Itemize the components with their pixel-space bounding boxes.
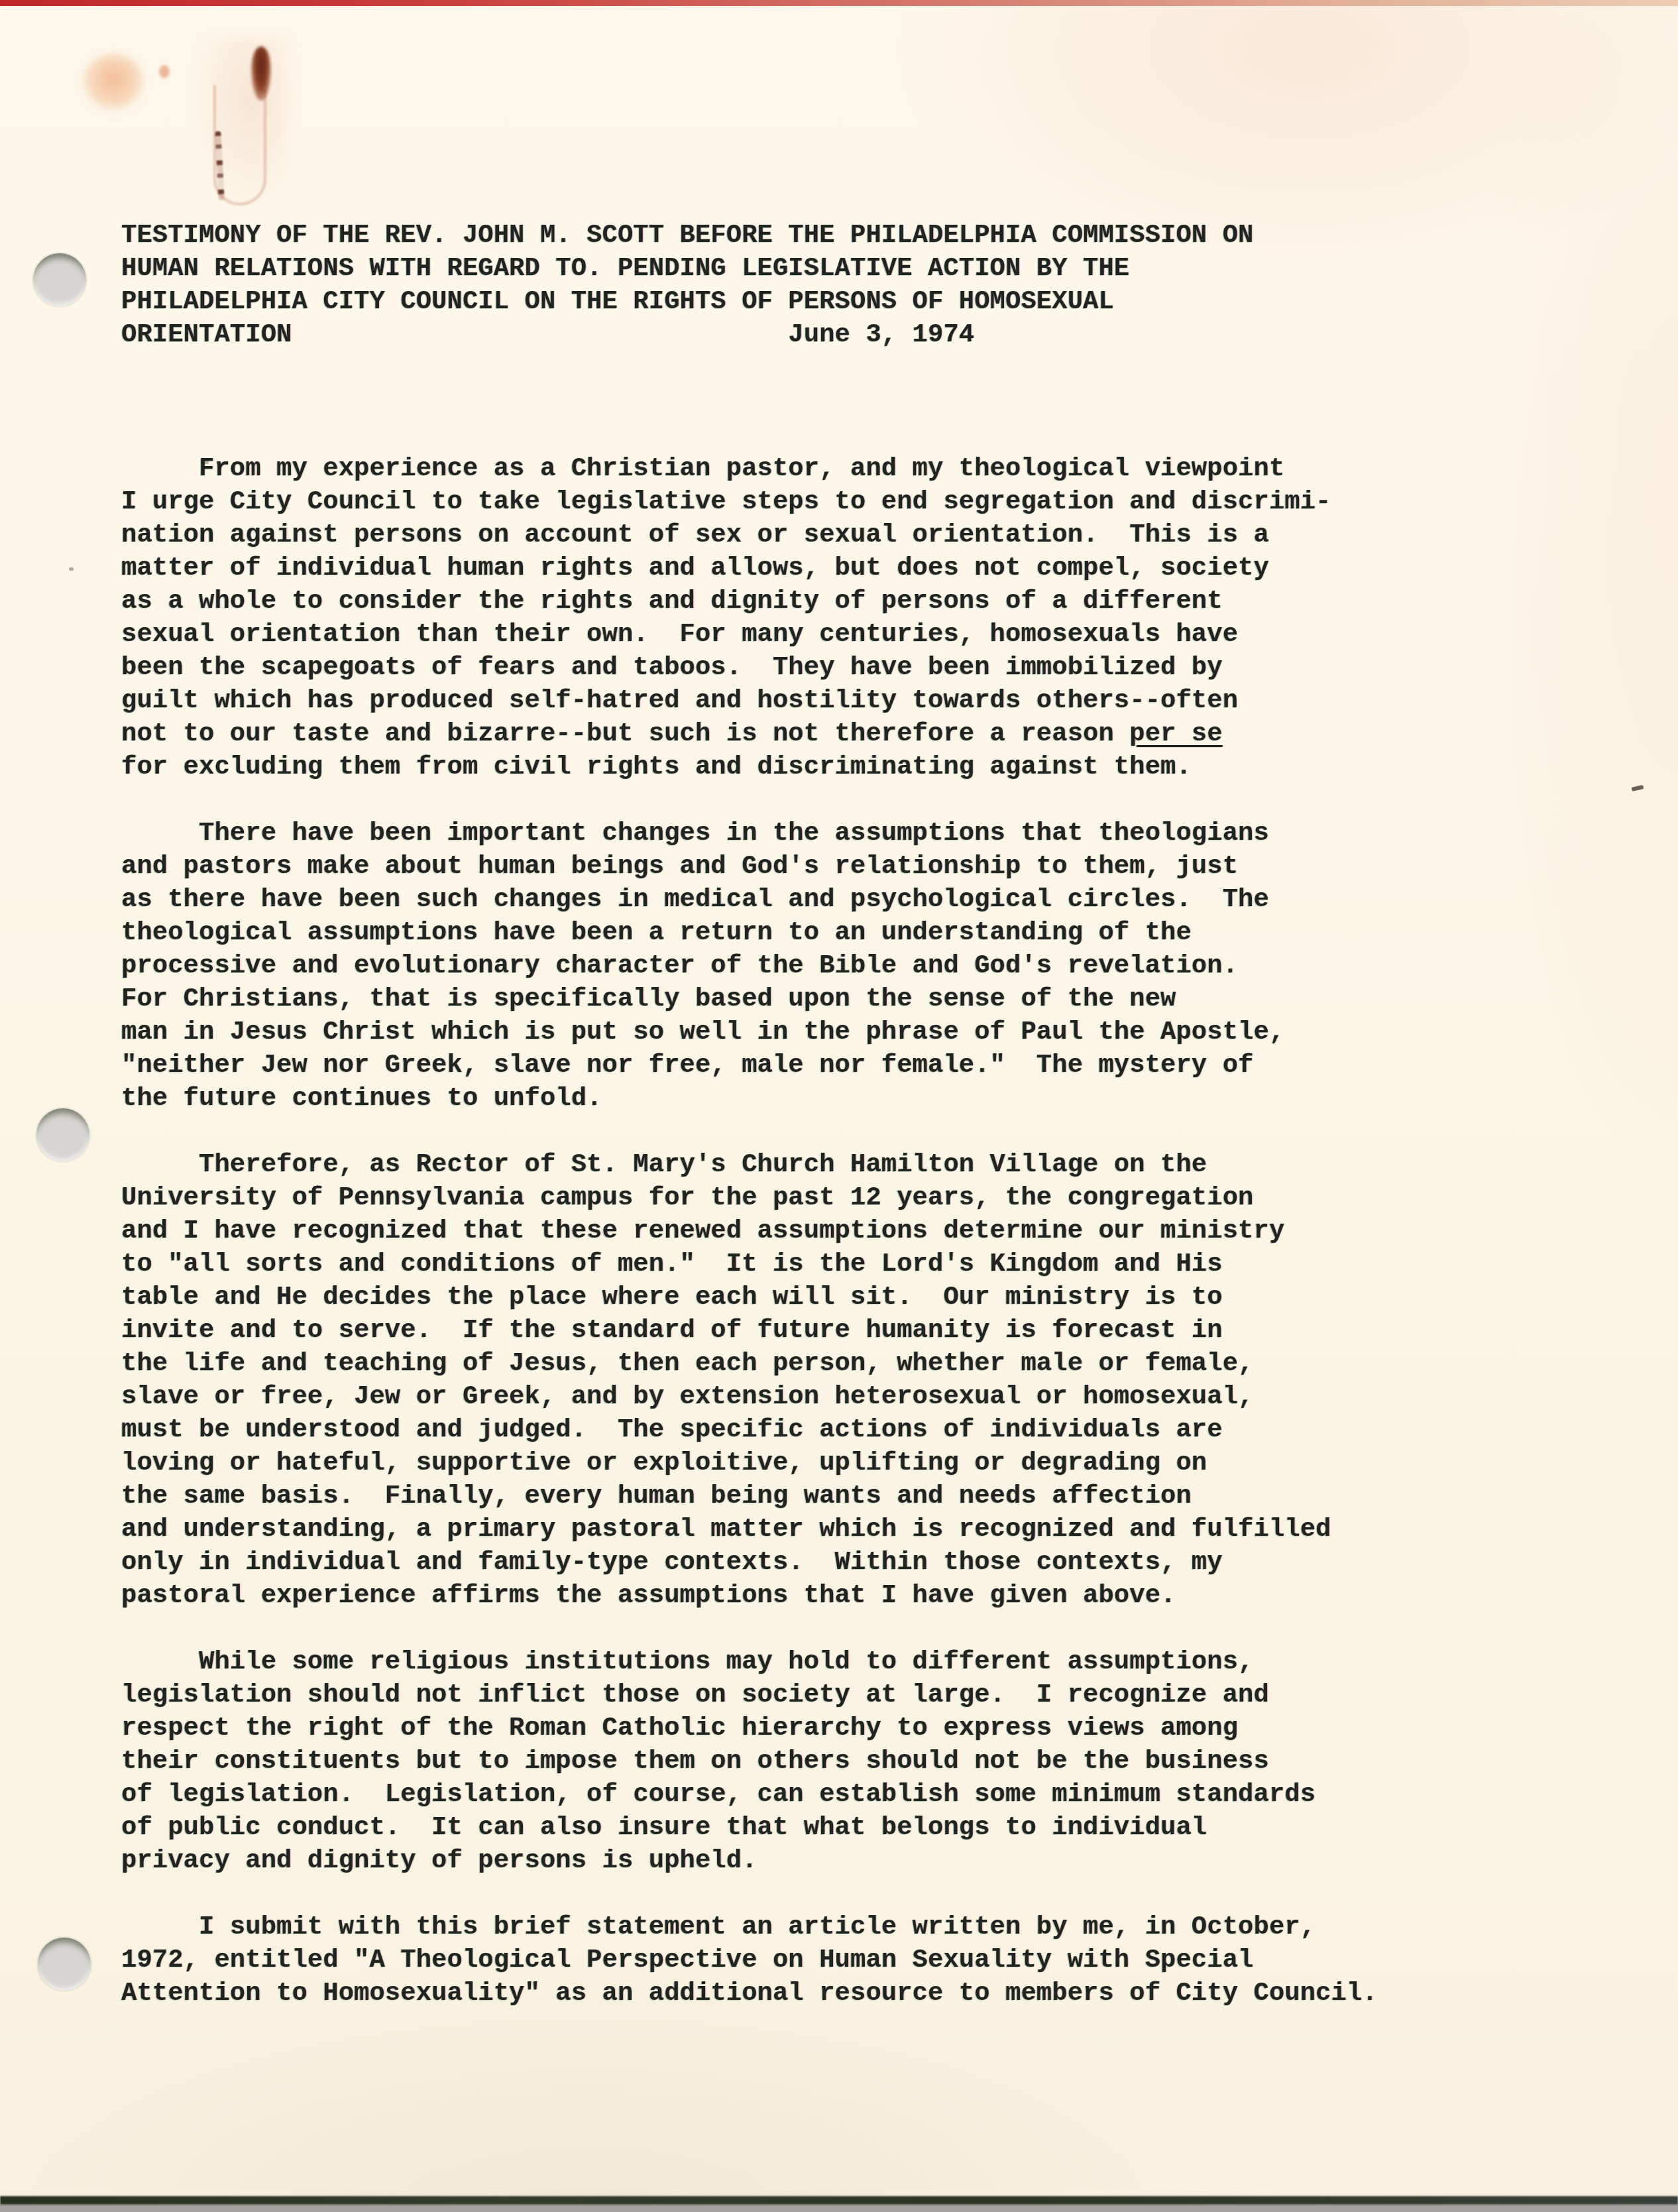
text-line: HUMAN RELATIONS WITH REGARD TO. PENDING … <box>121 252 1378 285</box>
text-line: and I have recognized that these renewed… <box>121 1214 1378 1248</box>
orange-stain <box>83 54 144 110</box>
text-line: legislation should not inflict those on … <box>121 1678 1378 1712</box>
paragraph: From my experience as a Christian pastor… <box>121 452 1378 784</box>
text-line: sexual orientation than their own. For m… <box>121 618 1378 651</box>
text-line: I urge City Council to take legislative … <box>121 485 1378 518</box>
text-line: for excluding them from civil rights and… <box>121 750 1378 784</box>
text-line: University of Pennsylvania campus for th… <box>121 1181 1378 1214</box>
paper-sheet: TESTIMONY OF THE REV. JOHN M. SCOTT BEFO… <box>0 0 1678 2205</box>
text-line: been the scapegoats of fears and taboos.… <box>121 651 1378 684</box>
text-line: TESTIMONY OF THE REV. JOHN M. SCOTT BEFO… <box>121 219 1378 252</box>
text-line: the life and teaching of Jesus, then eac… <box>121 1347 1378 1380</box>
text-line: as there have been such changes in medic… <box>121 883 1378 916</box>
text-line: privacy and dignity of persons is upheld… <box>121 1844 1378 1877</box>
text-line: of legislation. Legislation, of course, … <box>121 1778 1378 1811</box>
text-line: nation against persons on account of sex… <box>121 518 1378 552</box>
text-line: the future continues to unfold. <box>121 1082 1378 1115</box>
typewritten-text: TESTIMONY OF THE REV. JOHN M. SCOTT BEFO… <box>121 219 1378 2010</box>
text-line: matter of individual human rights and al… <box>121 552 1378 585</box>
underlined-phrase: per se <box>1129 719 1222 748</box>
text-line: to "all sorts and conditions of men." It… <box>121 1248 1378 1281</box>
text-line: I submit with this brief statement an ar… <box>121 1910 1378 1944</box>
paragraph: While some religious institutions may ho… <box>121 1645 1378 1877</box>
text-line: loving or hateful, supportive or exploit… <box>121 1446 1378 1480</box>
text-line: guilt which has produced self-hatred and… <box>121 684 1378 717</box>
text-line: as a whole to consider the rights and di… <box>121 585 1378 618</box>
document-body: From my experience as a Christian pastor… <box>121 452 1378 2010</box>
paragraph: Therefore, as Rector of St. Mary's Churc… <box>121 1148 1378 1612</box>
text-line: and pastors make about human beings and … <box>121 850 1378 883</box>
hole-punch-bottom <box>38 1938 91 1991</box>
text-line: their constituents but to impose them on… <box>121 1745 1378 1778</box>
paragraph: There have been important changes in the… <box>121 817 1378 1115</box>
hole-punch-middle <box>36 1108 89 1161</box>
stray-mark <box>1632 785 1644 791</box>
text-line: For Christians, that is specifically bas… <box>121 982 1378 1016</box>
text-line: invite and to serve. If the standard of … <box>121 1314 1378 1347</box>
page-top-red-edge <box>0 0 1678 6</box>
text-line: man in Jesus Christ which is put so well… <box>121 1016 1378 1049</box>
text-line: slave or free, Jew or Greek, and by exte… <box>121 1380 1378 1413</box>
text-line: theological assumptions have been a retu… <box>121 916 1378 949</box>
document-title-block: TESTIMONY OF THE REV. JOHN M. SCOTT BEFO… <box>121 219 1378 351</box>
text-line: Attention to Homosexuality" as an additi… <box>121 1977 1378 2010</box>
stray-mark <box>69 567 74 571</box>
text-line: only in individual and family-type conte… <box>121 1546 1378 1579</box>
paragraph: I submit with this brief statement an ar… <box>121 1910 1378 2010</box>
text-line: must be understood and judged. The speci… <box>121 1413 1378 1446</box>
text-line: ORIENTATION June 3, 1974 <box>121 318 1378 351</box>
text-line: respect the right of the Roman Catholic … <box>121 1712 1378 1745</box>
text-line: There have been important changes in the… <box>121 817 1378 850</box>
text-line: From my experience as a Christian pastor… <box>121 452 1378 485</box>
text-line: processive and evolutionary character of… <box>121 949 1378 982</box>
stain-speck <box>159 65 170 78</box>
text-line: While some religious institutions may ho… <box>121 1645 1378 1678</box>
text-line: not to our taste and bizarre--but such i… <box>121 717 1378 750</box>
text-line: table and He decides the place where eac… <box>121 1281 1378 1314</box>
text-line: PHILADELPHIA CITY COUNCIL ON THE RIGHTS … <box>121 285 1378 318</box>
text-line: of public conduct. It can also insure th… <box>121 1811 1378 1844</box>
text-line: pastoral experience affirms the assumpti… <box>121 1579 1378 1612</box>
hole-punch-top <box>33 253 86 306</box>
text-line: "neither Jew nor Greek, slave nor free, … <box>121 1049 1378 1082</box>
text-line: and understanding, a primary pastoral ma… <box>121 1513 1378 1546</box>
text-line: Therefore, as Rector of St. Mary's Churc… <box>121 1148 1378 1181</box>
text-line: 1972, entitled "A Theological Perspectiv… <box>121 1944 1378 1977</box>
text-line: the same basis. Finally, every human bei… <box>121 1480 1378 1513</box>
